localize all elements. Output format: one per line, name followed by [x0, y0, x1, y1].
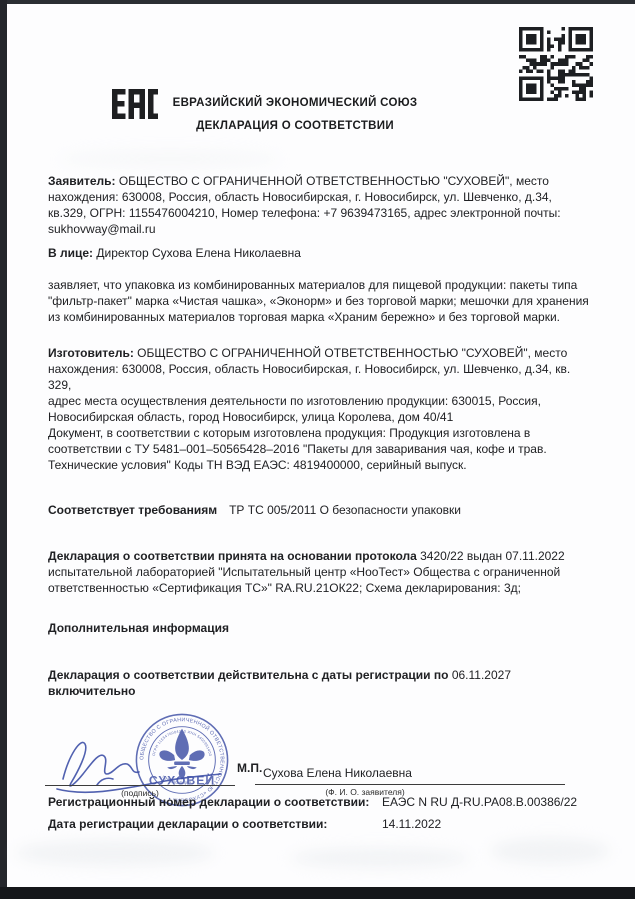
registration-number-label: Регистрационный номер декларации о соотв…	[48, 795, 369, 809]
scan-noise	[60, 150, 280, 168]
handwritten-signature	[53, 727, 228, 797]
manufacturer-production-address: адрес места осуществления деятельности п…	[48, 393, 593, 425]
compliance-paragraph: Соответствует требованиямТР ТС 005/2011 …	[48, 502, 593, 518]
applicant-text: ОБЩЕСТВО С ОГРАНИЧЕННОЙ ОТВЕТСТВЕННОСТЬЮ…	[48, 174, 561, 236]
in-person-text: Директор Сухова Елена Николаевна	[93, 246, 301, 260]
basis-label: Декларация о соответствии принята на осн…	[48, 549, 417, 563]
compliance-text: ТР ТС 005/2011 О безопасности упаковки	[217, 503, 461, 517]
validity-suffix: включительно	[48, 683, 593, 699]
in-person-paragraph: В лице: Директор Сухова Елена Николаевна	[48, 245, 593, 261]
scan-noise	[490, 838, 610, 864]
scan-noise	[15, 840, 215, 866]
compliance-label: Соответствует требованиям	[48, 503, 217, 517]
scanned-declaration-page: { "header": { "eac_mark": "ЕАС", "union_…	[0, 0, 635, 899]
validity-label: Декларация о соответствии действительна …	[48, 668, 448, 682]
manufacturer-document: Документ, в соответствии с которым изгот…	[48, 425, 593, 473]
declares-paragraph: заявляет, что упаковка из комбинированны…	[48, 277, 593, 325]
validity-paragraph: Декларация о соответствии действительна …	[48, 667, 593, 699]
basis-paragraph: Декларация о соответствии принята на осн…	[48, 548, 593, 596]
manufacturer-label: Изготовитель:	[48, 346, 134, 360]
document-title: ДЕКЛАРАЦИЯ О СООТВЕТСТВИИ	[30, 120, 560, 132]
registration-date-label: Дата регистрации декларации о соответств…	[48, 817, 327, 831]
registration-date-value: 14.11.2022	[382, 817, 441, 831]
additional-info-label: Дополнительная информация	[48, 620, 593, 636]
name-line	[255, 784, 565, 785]
signature-line	[45, 785, 235, 786]
scan-noise	[290, 848, 470, 868]
scan-edge-bottom	[0, 887, 635, 899]
qr-code-icon	[519, 27, 593, 101]
in-person-label: В лице:	[48, 246, 93, 260]
validity-date: 06.11.2027	[448, 668, 511, 682]
applicant-label: Заявитель:	[48, 174, 116, 188]
signatory-name: Сухова Елена Николаевна	[263, 766, 412, 780]
stamp-place-label: М.П.	[237, 761, 262, 775]
union-title: ЕВРАЗИЙСКИЙ ЭКОНОМИЧЕСКИЙ СОЮЗ	[30, 97, 560, 109]
registration-number-value: ЕАЭС N RU Д-RU.РА08.В.00386/22	[382, 795, 577, 809]
applicant-paragraph: Заявитель: ОБЩЕСТВО С ОГРАНИЧЕННОЙ ОТВЕТ…	[48, 173, 593, 237]
manufacturer-paragraph: Изготовитель: ОБЩЕСТВО С ОГРАНИЧЕННОЙ ОТ…	[48, 345, 593, 473]
scan-edge-top	[0, 0, 635, 4]
scan-edge-left	[0, 0, 7, 899]
